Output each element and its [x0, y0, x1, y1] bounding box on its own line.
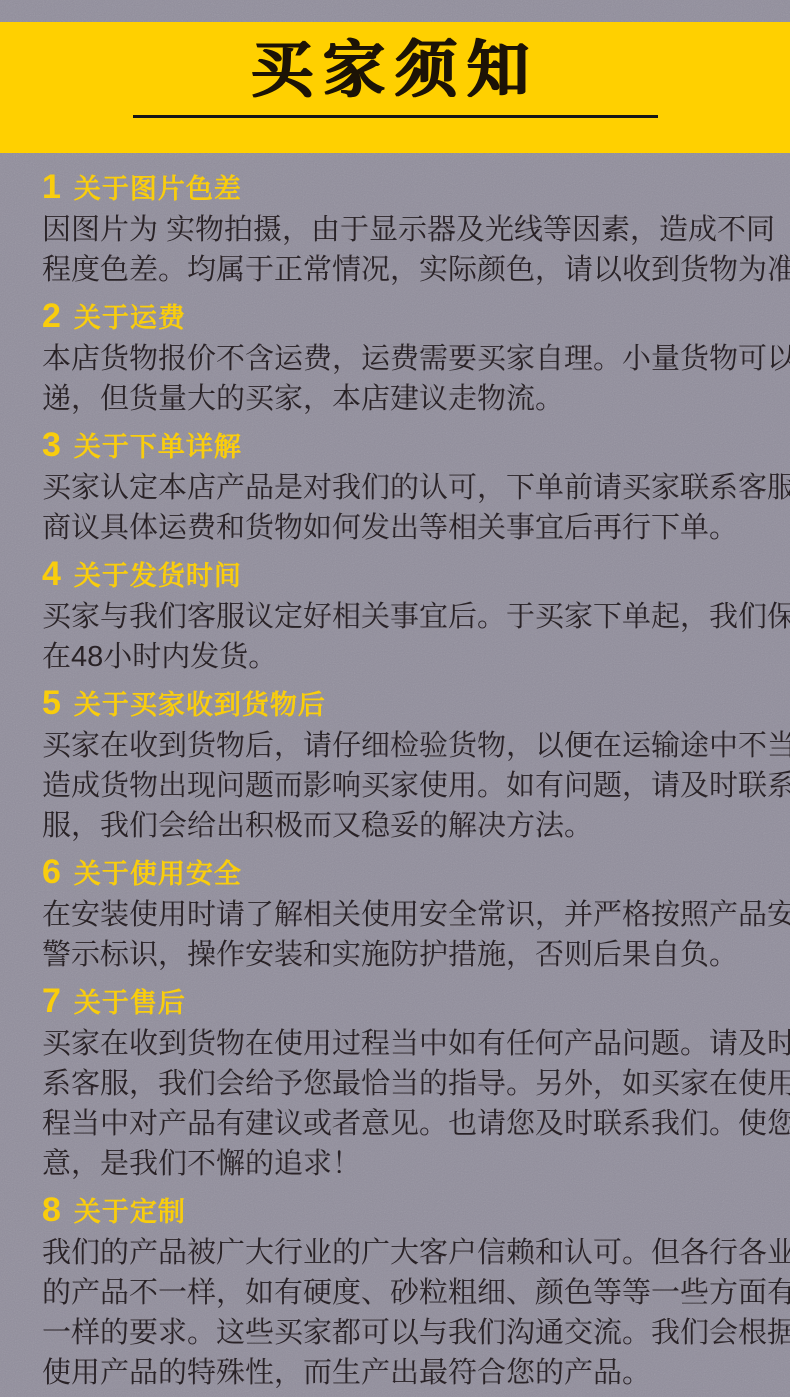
- section-text-line: 使用产品的特殊性，而生产出最符合您的产品。: [42, 1353, 750, 1393]
- section-heading: 7关于售后: [42, 979, 750, 1024]
- section-after-sales: 7关于售后 买家在收到货物在使用过程当中如有任何产品问题。请及时联 系客服，我们…: [42, 979, 750, 1184]
- section-text-line: 一样的要求。这些买家都可以与我们沟通交流。我们会根据您: [42, 1313, 750, 1353]
- section-shipping-fee: 2关于运费 本店货物报价不含运费，运费需要买家自理。小量货物可以发快 递，但货量…: [42, 294, 750, 419]
- section-number: 2: [42, 297, 61, 335]
- section-title: 关于下单详解: [74, 432, 242, 462]
- section-text-line: 商议具体运费和货物如何发出等相关事宜后再行下单。: [42, 508, 750, 548]
- section-text-line: 系客服，我们会给予您最恰当的指导。另外，如买家在使用过: [42, 1064, 750, 1104]
- section-text-line: 意，是我们不懈的追求！: [42, 1144, 750, 1184]
- section-delivery-time: 4关于发货时间 买家与我们客服议定好相关事宜后。于买家下单起，我们保证 在48小…: [42, 552, 750, 677]
- section-text-line: 警示标识，操作安装和实施防护措施，否则后果自负。: [42, 935, 750, 975]
- section-text-line: 在48小时内发货。: [42, 637, 750, 677]
- section-text-line: 递，但货量大的买家，本店建议走物流。: [42, 379, 750, 419]
- section-number: 5: [42, 684, 61, 722]
- page-title: 买家须知: [0, 40, 790, 102]
- section-text-line: 程当中对产品有建议或者意见。也请您及时联系我们。使您满: [42, 1104, 750, 1144]
- section-text-line: 我们的产品被广大行业的广大客户信赖和认可。但各行各业用: [42, 1233, 750, 1273]
- section-title: 关于运费: [74, 303, 186, 333]
- title-underline: [133, 115, 658, 118]
- section-heading: 8关于定制: [42, 1188, 750, 1233]
- section-usage-safety: 6关于使用安全 在安装使用时请了解相关使用安全常识，并严格按照产品安全 警示标识…: [42, 850, 750, 975]
- section-text-line: 买家与我们客服议定好相关事宜后。于买家下单起，我们保证: [42, 597, 750, 637]
- section-heading: 5关于买家收到货物后: [42, 681, 750, 726]
- section-text-line: 因图片为 实物拍摄，由于显示器及光线等因素，造成不同: [42, 210, 750, 250]
- section-customization: 8关于定制 我们的产品被广大行业的广大客户信赖和认可。但各行各业用 的产品不一样…: [42, 1188, 750, 1393]
- section-number: 1: [42, 168, 61, 206]
- section-heading: 3关于下单详解: [42, 423, 750, 468]
- section-heading: 6关于使用安全: [42, 850, 750, 895]
- section-text-line: 在安装使用时请了解相关使用安全常识，并严格按照产品安全: [42, 895, 750, 935]
- section-text-line: 造成货物出现问题而影响买家使用。如有问题，请及时联系客: [42, 766, 750, 806]
- section-number: 8: [42, 1191, 61, 1229]
- section-title: 关于图片色差: [74, 174, 242, 204]
- section-heading: 1关于图片色差: [42, 165, 750, 210]
- section-image-color: 1关于图片色差 因图片为 实物拍摄，由于显示器及光线等因素，造成不同 程度色差。…: [42, 165, 750, 290]
- section-text-line: 买家认定本店产品是对我们的认可，下单前请买家联系客服，: [42, 468, 750, 508]
- section-text-line: 的产品不一样，如有硬度、砂粒粗细、颜色等等一些方面有不: [42, 1273, 750, 1313]
- section-number: 6: [42, 853, 61, 891]
- section-number: 7: [42, 982, 61, 1020]
- section-text-line: 程度色差。均属于正常情况，实际颜色，请以收到货物为准。: [42, 250, 750, 290]
- section-number: 4: [42, 555, 61, 593]
- section-heading: 2关于运费: [42, 294, 750, 339]
- section-text-line: 买家在收到货物后，请仔细检验货物，以便在运输途中不当，: [42, 726, 750, 766]
- section-title: 关于定制: [74, 1197, 186, 1227]
- section-title: 关于售后: [74, 988, 186, 1018]
- title-banner: 买家须知: [0, 22, 790, 153]
- section-text-line: 服，我们会给出积极而又稳妥的解决方法。: [42, 806, 750, 846]
- section-ordering: 3关于下单详解 买家认定本店产品是对我们的认可，下单前请买家联系客服， 商议具体…: [42, 423, 750, 548]
- section-heading: 4关于发货时间: [42, 552, 750, 597]
- section-text-line: 本店货物报价不含运费，运费需要买家自理。小量货物可以发快: [42, 339, 750, 379]
- section-after-receipt: 5关于买家收到货物后 买家在收到货物后，请仔细检验货物，以便在运输途中不当， 造…: [42, 681, 750, 846]
- section-text-line: 买家在收到货物在使用过程当中如有任何产品问题。请及时联: [42, 1024, 750, 1064]
- section-number: 3: [42, 426, 61, 464]
- section-title: 关于发货时间: [74, 561, 242, 591]
- section-title: 关于买家收到货物后: [74, 690, 326, 720]
- notice-sections: 1关于图片色差 因图片为 实物拍摄，由于显示器及光线等因素，造成不同 程度色差。…: [0, 153, 790, 1393]
- section-title: 关于使用安全: [74, 859, 242, 889]
